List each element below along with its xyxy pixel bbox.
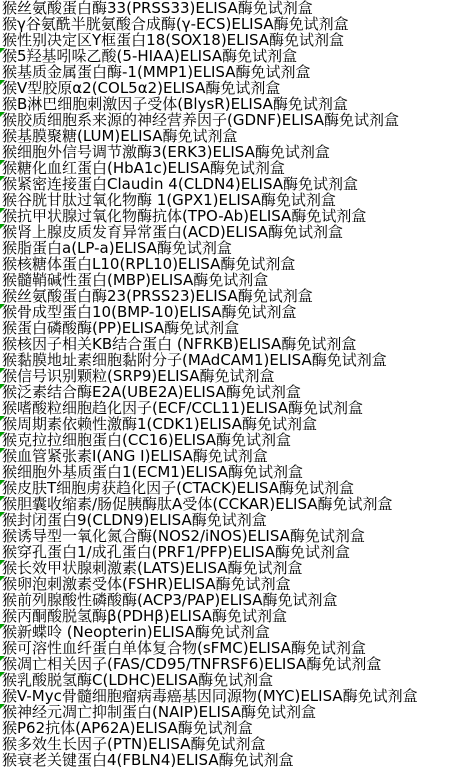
green-corner-marker-icon [0,624,5,629]
list-item-text: 猴P62抗体(AP62A)ELISA酶免试剂盒 [0,720,253,736]
list-item[interactable]: 猴前列腺酸性磷酸酶(ACP3/PAP)ELISA酶免试剂盒 [0,592,476,608]
green-corner-marker-icon [0,656,5,661]
list-item[interactable]: 猴髓鞘碱性蛋白(MBP)ELISA酶免试剂盒 [0,272,476,288]
green-corner-marker-icon [0,480,5,485]
list-item[interactable]: 猴克拉拉细胞蛋白(CC16)ELISA酶免试剂盒 [0,432,476,448]
list-item[interactable]: 猴皮肤T细胞虏获趋化因子(CTACK)ELISA酶免试剂盒 [0,480,476,496]
list-item-text: 猴γ谷氨酰半胱氨酸合成酶(γ-ECS)ELISA酶免试剂盒 [0,16,349,32]
list-item[interactable]: 猴胆囊收缩素/肠促胰酶肽A受体(CCKAR)ELISA酶免试剂盒 [0,496,476,512]
list-item-text: 猴抗甲状腺过氧化物酶抗体(TPO-Ab)ELISA酶免试剂盒 [0,208,366,224]
list-item-text: 猴核糖体蛋白L10(RPL10)ELISA酶免试剂盒 [0,256,295,272]
green-corner-marker-icon [0,160,5,165]
list-item[interactable]: 猴5羟基吲哚乙酸(5-HIAA)ELISA酶免试剂盒 [0,48,476,64]
list-item[interactable]: 猴核糖体蛋白L10(RPL10)ELISA酶免试剂盒 [0,256,476,272]
list-item-text: 猴骨成型蛋白10(BMP-10)ELISA酶免试剂盒 [0,304,297,320]
list-item[interactable]: 猴信号识别颗粒(SRP9)ELISA酶免试剂盒 [0,368,476,384]
green-corner-marker-icon [0,304,5,309]
list-item-text: 猴丝氨酸蛋白酶23(PRSS23)ELISA酶免试剂盒 [0,288,313,304]
green-corner-marker-icon [0,432,5,437]
list-item[interactable]: 猴长效甲状腺刺激素(LATS)ELISA酶免试剂盒 [0,560,476,576]
list-item[interactable]: 猴V型胶原α2(COL5α2)ELISA酶免试剂盒 [0,80,476,96]
list-item[interactable]: 猴γ谷氨酰半胱氨酸合成酶(γ-ECS)ELISA酶免试剂盒 [0,16,476,32]
list-item-text: 猴性别决定区Y框蛋白18(SOX18)ELISA酶免试剂盒 [0,32,344,48]
list-item-text: 猴丙酮酸脱氢酶β(PDHβ)ELISA酶免试剂盒 [0,608,287,624]
list-item[interactable]: 猴封闭蛋白9(CLDN9)ELISA酶免试剂盒 [0,512,476,528]
green-corner-marker-icon [0,560,5,565]
elisa-kit-product-list: 猴丝氨酸蛋白酶33(PRSS33)ELISA酶免试剂盒猴γ谷氨酰半胱氨酸合成酶(… [0,0,476,769]
list-item[interactable]: 猴脂蛋白a(LP-a)ELISA酶免试剂盒 [0,240,476,256]
list-item[interactable]: 猴丝氨酸蛋白酶33(PRSS33)ELISA酶免试剂盒 [0,0,476,16]
list-item[interactable]: 猴骨成型蛋白10(BMP-10)ELISA酶免试剂盒 [0,304,476,320]
list-item[interactable]: 猴P62抗体(AP62A)ELISA酶免试剂盒 [0,720,476,736]
list-item-text: 猴卵泡刺激素受体(FSHR)ELISA酶免试剂盒 [0,576,291,592]
list-item[interactable]: 猴血管紧张素I(ANG I)ELISA酶免试剂盒 [0,448,476,464]
list-item-text: 猴长效甲状腺刺激素(LATS)ELISA酶免试剂盒 [0,560,303,576]
green-corner-marker-icon [0,672,5,677]
list-item[interactable]: 猴嗜酸粒细胞趋化因子(ECF/CCL11)ELISA酶免试剂盒 [0,400,476,416]
list-item[interactable]: 猴细胞外信号调节激酶3(ERK3)ELISA酶免试剂盒 [0,144,476,160]
list-item-text: 猴前列腺酸性磷酸酶(ACP3/PAP)ELISA酶免试剂盒 [0,592,338,608]
list-item[interactable]: 猴卵泡刺激素受体(FSHR)ELISA酶免试剂盒 [0,576,476,592]
green-corner-marker-icon [0,496,5,501]
green-corner-marker-icon [0,368,5,373]
list-item-text: 猴细胞外信号调节激酶3(ERK3)ELISA酶免试剂盒 [0,144,330,160]
list-item[interactable]: 猴抗甲状腺过氧化物酶抗体(TPO-Ab)ELISA酶免试剂盒 [0,208,476,224]
list-item-text: 猴克拉拉细胞蛋白(CC16)ELISA酶免试剂盒 [0,432,291,448]
list-item[interactable]: 猴乳酸脱氢酶C(LDHC)ELISA酶免试剂盒 [0,672,476,688]
list-item-text: 猴新蝶呤 (Neopterin)ELISA酶免试剂盒 [0,624,270,640]
list-item-text: 猴黏膜地址素细胞黏附分子(MAdCAM1)ELISA酶免试剂盒 [0,352,387,368]
list-item-text: 猴多效生长因子(PTN)ELISA酶免试剂盒 [0,736,265,752]
list-item-text: 猴5羟基吲哚乙酸(5-HIAA)ELISA酶免试剂盒 [0,48,297,64]
list-item[interactable]: 猴基膜聚糖(LUM)ELISA酶免试剂盒 [0,128,476,144]
green-corner-marker-icon [0,576,5,581]
list-item[interactable]: 猴衰老关键蛋白4(FBLN4)ELISA酶免试剂盒 [0,752,476,768]
list-item-text: 猴V型胶原α2(COL5α2)ELISA酶免试剂盒 [0,80,280,96]
list-item-text: 猴胶质细胞系来源的神经营养因子(GDNF)ELISA酶免试剂盒 [0,112,399,128]
list-item-text: 猴B淋巴细胞刺激因子受体(BlysR)ELISA酶免试剂盒 [0,96,348,112]
list-item[interactable]: 猴黏膜地址素细胞黏附分子(MAdCAM1)ELISA酶免试剂盒 [0,352,476,368]
list-item-text: 猴泛素结合酶E2A(UBE2A)ELISA酶免试剂盒 [0,384,301,400]
list-item[interactable]: 猴B淋巴细胞刺激因子受体(BlysR)ELISA酶免试剂盒 [0,96,476,112]
list-item[interactable]: 猴神经元凋亡抑制蛋白(NAIP)ELISA酶免试剂盒 [0,704,476,720]
list-item[interactable]: 猴丝氨酸蛋白酶23(PRSS23)ELISA酶免试剂盒 [0,288,476,304]
list-item-text: 猴神经元凋亡抑制蛋白(NAIP)ELISA酶免试剂盒 [0,704,316,720]
list-item[interactable]: 猴性别决定区Y框蛋白18(SOX18)ELISA酶免试剂盒 [0,32,476,48]
list-item-text: 猴蛋白磷酸酶(PP)ELISA酶免试剂盒 [0,320,239,336]
list-item-text: 猴脂蛋白a(LP-a)ELISA酶免试剂盒 [0,240,232,256]
green-corner-marker-icon [0,416,5,421]
list-item-text: 猴基膜聚糖(LUM)ELISA酶免试剂盒 [0,128,238,144]
list-item-text: 猴髓鞘碱性蛋白(MBP)ELISA酶免试剂盒 [0,272,268,288]
green-corner-marker-icon [0,384,5,389]
list-item[interactable]: 猴可溶性血纤蛋白单体复合物(sFMC)ELISA酶免试剂盒 [0,640,476,656]
list-item-text: 猴可溶性血纤蛋白单体复合物(sFMC)ELISA酶免试剂盒 [0,640,366,656]
list-item-text: 猴谷胱甘肽过氧化物酶 1(GPX1)ELISA酶免试剂盒 [0,192,336,208]
list-item-text: 猴嗜酸粒细胞趋化因子(ECF/CCL11)ELISA酶免试剂盒 [0,400,363,416]
list-item[interactable]: 猴周期素依赖性激酶1(CDK1)ELISA酶免试剂盒 [0,416,476,432]
list-item-text: 猴细胞外基质蛋白1(ECM1)ELISA酶免试剂盒 [0,464,303,480]
list-item-text: 猴丝氨酸蛋白酶33(PRSS33)ELISA酶免试剂盒 [0,0,313,16]
list-item-text: 猴皮肤T细胞虏获趋化因子(CTACK)ELISA酶免试剂盒 [0,480,354,496]
green-corner-marker-icon [0,80,5,85]
list-item-text: 猴诱导型一氧化氮合酶(NOS2/iNOS)ELISA酶免试剂盒 [0,528,365,544]
list-item-text: 猴周期素依赖性激酶1(CDK1)ELISA酶免试剂盒 [0,416,317,432]
list-item-text: 猴核因子相关ΚB结合蛋白 (NFRΚB)ELISA酶免试剂盒 [0,336,356,352]
green-corner-marker-icon [0,704,5,709]
list-item[interactable]: 猴细胞外基质蛋白1(ECM1)ELISA酶免试剂盒 [0,464,476,480]
list-item-text: 猴封闭蛋白9(CLDN9)ELISA酶免试剂盒 [0,512,267,528]
list-item[interactable]: 猴紧密连接蛋白Claudin 4(CLDN4)ELISA酶免试剂盒 [0,176,476,192]
list-item[interactable]: 猴胶质细胞系来源的神经营养因子(GDNF)ELISA酶免试剂盒 [0,112,476,128]
list-item-text: 猴穿孔蛋白1/成孔蛋白(PRF1/PFP)ELISA酶免试剂盒 [0,544,350,560]
list-item[interactable]: 猴基质金属蛋白酶-1(MMP1)ELISA酶免试剂盒 [0,64,476,80]
list-item[interactable]: 猴多效生长因子(PTN)ELISA酶免试剂盒 [0,736,476,752]
list-item[interactable]: 猴丙酮酸脱氢酶β(PDHβ)ELISA酶免试剂盒 [0,608,476,624]
list-item-text: 猴乳酸脱氢酶C(LDHC)ELISA酶免试剂盒 [0,672,273,688]
green-corner-marker-icon [0,176,5,181]
list-item-text: 猴基质金属蛋白酶-1(MMP1)ELISA酶免试剂盒 [0,64,310,80]
list-item-text: 猴信号识别颗粒(SRP9)ELISA酶免试剂盒 [0,368,275,384]
list-item[interactable]: 猴凋亡相关因子(FAS/CD95/TNFRSF6)ELISA酶免试剂盒 [0,656,476,672]
list-item[interactable]: 猴肾上腺皮质发育异常蛋白(ACD)ELISA酶免试剂盒 [0,224,476,240]
list-item-text: 猴V-Myc骨髓细胞瘤病毒癌基因同源物(MYC)ELISA酶免试剂盒 [0,688,418,704]
green-corner-marker-icon [0,208,5,213]
list-item[interactable]: 猴蛋白磷酸酶(PP)ELISA酶免试剂盒 [0,320,476,336]
list-item[interactable]: 猴核因子相关ΚB结合蛋白 (NFRΚB)ELISA酶免试剂盒 [0,336,476,352]
list-item-text: 猴糖化血红蛋白(HbA1c)ELISA酶免试剂盒 [0,160,285,176]
list-item[interactable]: 猴V-Myc骨髓细胞瘤病毒癌基因同源物(MYC)ELISA酶免试剂盒 [0,688,476,704]
list-item-text: 猴衰老关键蛋白4(FBLN4)ELISA酶免试剂盒 [0,752,294,768]
green-corner-marker-icon [0,512,5,517]
list-item[interactable]: 猴诱导型一氧化氮合酶(NOS2/iNOS)ELISA酶免试剂盒 [0,528,476,544]
green-corner-marker-icon [0,448,5,453]
green-corner-marker-icon [0,112,5,117]
list-item[interactable]: 猴泛素结合酶E2A(UBE2A)ELISA酶免试剂盒 [0,384,476,400]
list-item-text: 猴血管紧张素I(ANG I)ELISA酶免试剂盒 [0,448,268,464]
list-item[interactable]: 猴新蝶呤 (Neopterin)ELISA酶免试剂盒 [0,624,476,640]
list-item-text: 猴紧密连接蛋白Claudin 4(CLDN4)ELISA酶免试剂盒 [0,176,358,192]
list-item[interactable]: 猴穿孔蛋白1/成孔蛋白(PRF1/PFP)ELISA酶免试剂盒 [0,544,476,560]
list-item-text: 猴胆囊收缩素/肠促胰酶肽A受体(CCKAR)ELISA酶免试剂盒 [0,496,393,512]
list-item[interactable]: 猴糖化血红蛋白(HbA1c)ELISA酶免试剂盒 [0,160,476,176]
green-corner-marker-icon [0,224,5,229]
green-corner-marker-icon [0,48,5,53]
list-item-text: 猴肾上腺皮质发育异常蛋白(ACD)ELISA酶免试剂盒 [0,224,343,240]
list-item-text: 猴凋亡相关因子(FAS/CD95/TNFRSF6)ELISA酶免试剂盒 [0,656,381,672]
list-item[interactable]: 猴谷胱甘肽过氧化物酶 1(GPX1)ELISA酶免试剂盒 [0,192,476,208]
